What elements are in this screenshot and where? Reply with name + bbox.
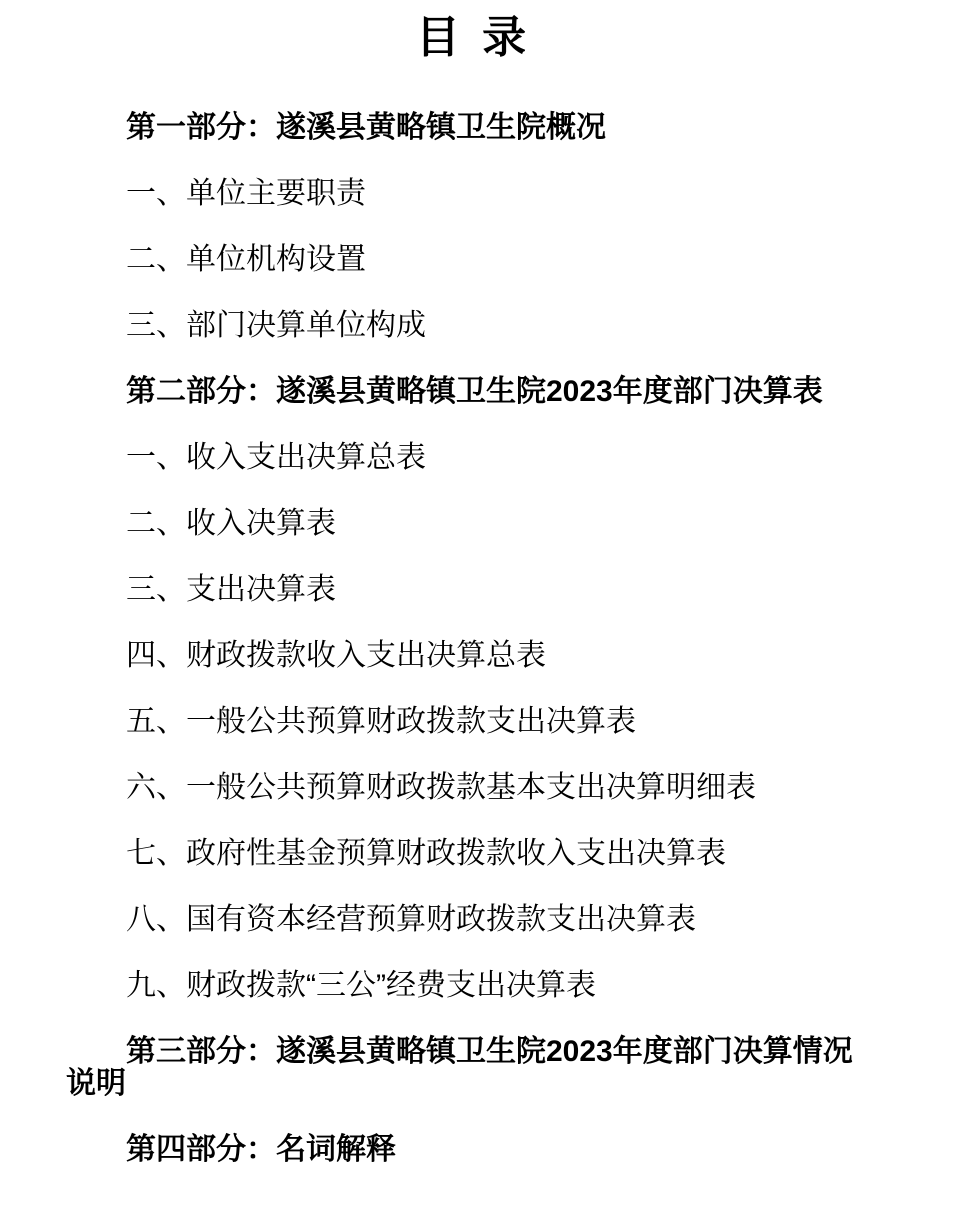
toc-entry: 一、收入支出决算总表 bbox=[66, 442, 876, 474]
toc-entry: 第四部分：名词解释 bbox=[66, 1134, 876, 1166]
toc-entry: 三、部门决算单位构成 bbox=[66, 310, 876, 342]
toc-entry: 第一部分：遂溪县黄略镇卫生院概况 bbox=[66, 112, 876, 144]
toc-entry: 九、财政拨款“三公”经费支出决算表 bbox=[66, 970, 876, 1002]
toc-entry: 第三部分：遂溪县黄略镇卫生院2023年度部门决算情况说明 bbox=[66, 1036, 876, 1100]
toc-entry: 第二部分：遂溪县黄略镇卫生院2023年度部门决算表 bbox=[66, 376, 876, 408]
toc-entry: 二、单位机构设置 bbox=[66, 244, 876, 276]
toc-entry: 七、政府性基金预算财政拨款收入支出决算表 bbox=[66, 838, 876, 870]
toc-entry: 二、收入决算表 bbox=[66, 508, 876, 540]
page-title: 目 录 bbox=[66, 14, 876, 62]
toc-entry: 四、财政拨款收入支出决算总表 bbox=[66, 640, 876, 672]
toc-entry: 六、一般公共预算财政拨款基本支出决算明细表 bbox=[66, 772, 876, 804]
toc-entry: 五、一般公共预算财政拨款支出决算表 bbox=[66, 706, 876, 738]
toc-entry: 一、单位主要职责 bbox=[66, 178, 876, 210]
toc-list: 第一部分：遂溪县黄略镇卫生院概况一、单位主要职责二、单位机构设置三、部门决算单位… bbox=[66, 112, 876, 1166]
toc-entry: 八、国有资本经营预算财政拨款支出决算表 bbox=[66, 904, 876, 936]
document-page: 目 录 第一部分：遂溪县黄略镇卫生院概况一、单位主要职责二、单位机构设置三、部门… bbox=[0, 0, 963, 1217]
toc-entry: 三、支出决算表 bbox=[66, 574, 876, 606]
